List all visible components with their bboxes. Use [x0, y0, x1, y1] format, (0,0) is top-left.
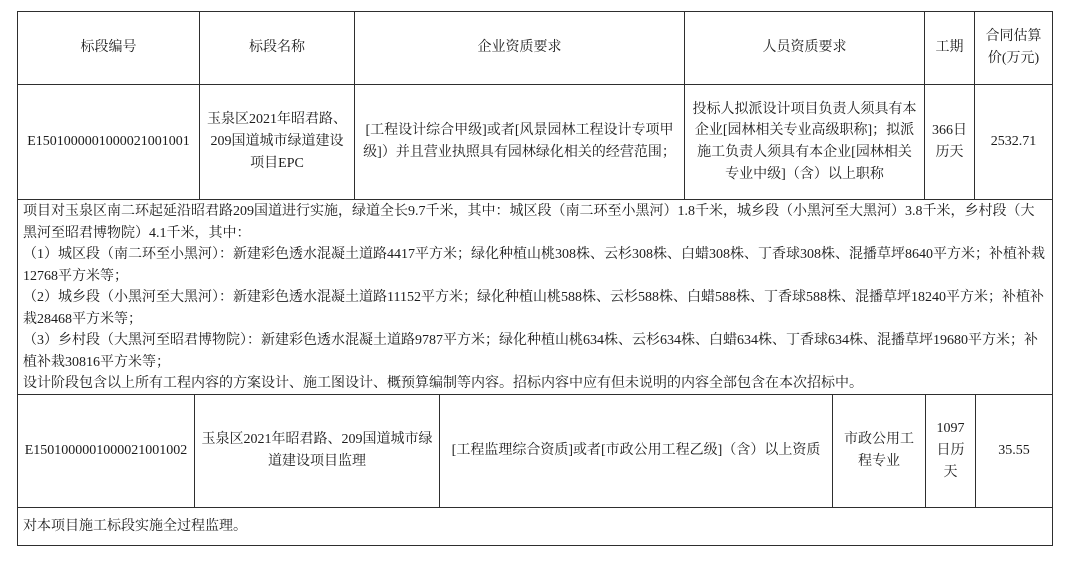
section-2-scope-row: 对本项目施工标段实施全过程监理。	[18, 508, 1052, 545]
tender-sections-table: 标段编号 标段名称 企业资质要求 人员资质要求 工期 合同估算价(万元) E15…	[17, 11, 1053, 546]
table-head-and-row-1: 标段编号 标段名称 企业资质要求 人员资质要求 工期 合同估算价(万元) E15…	[18, 12, 1052, 200]
scope-paragraph: （1）城区段（南二环至小黑河）：新建彩色透水混凝土道路4417平方米；绿化种植山…	[23, 244, 1047, 287]
column-header-duration: 工期	[925, 12, 975, 85]
section-1-no-cell: E1501000001000021001001	[18, 85, 200, 200]
section-2-contract-estimate-cell: 35.55	[976, 395, 1052, 508]
section-1-personnel-qualification-cell: 投标人拟派设计项目负责人须具有本企业[园林相关专业高级职称]；拟派施工负责人须具…	[685, 85, 925, 200]
section-2-name-cell: 玉泉区2021年昭君路、209国道城市绿道建设项目监理	[195, 395, 440, 508]
section-1-enterprise-qualification-cell: [工程设计综合甲级]或者[风景园林工程设计专项甲级]）并且营业执照具有园林绿化相…	[355, 85, 685, 200]
scope-paragraph: （2）城乡段（小黑河至大黑河）：新建彩色透水混凝土道路11152平方米；绿化种植…	[23, 287, 1047, 330]
section-2-no-cell: E1501000001000021001002	[18, 395, 195, 508]
section-1-contract-estimate-cell: 2532.71	[975, 85, 1052, 200]
scope-paragraph: 设计阶段包含以上所有工程内容的方案设计、施工图设计、概预算编制等内容。招标内容中…	[23, 373, 1047, 395]
section-1-name-cell: 玉泉区2021年昭君路、209国道城市绿道建设项目EPC	[200, 85, 355, 200]
column-header-enterprise-qualification: 企业资质要求	[355, 12, 685, 85]
supervision-note-text: 对本项目施工标段实施全过程监理。	[23, 516, 247, 537]
column-header-contract-estimate: 合同估算价(万元)	[975, 12, 1052, 85]
section-2-personnel-qualification-cell: 市政公用工程专业	[833, 395, 926, 508]
column-header-section-name: 标段名称	[200, 12, 355, 85]
column-header-personnel-qualification: 人员资质要求	[685, 12, 925, 85]
scope-paragraph: 项目对玉泉区南二环起延沿昭君路209国道进行实施，绿道全长9.7千米，其中：城区…	[23, 201, 1047, 244]
section-2-enterprise-qualification-cell: [工程监理综合资质]或者[市政公用工程乙级]（含）以上资质	[440, 395, 833, 508]
table-row-2: E1501000001000021001002 玉泉区2021年昭君路、209国…	[18, 395, 1052, 508]
column-header-section-no: 标段编号	[18, 12, 200, 85]
section-1-duration-cell: 366日历天	[925, 85, 975, 200]
scope-paragraph: （3）乡村段（大黑河至昭君博物院）：新建彩色透水混凝土道路9787平方米；绿化种…	[23, 330, 1047, 373]
section-2-duration-cell: 1097日历天	[926, 395, 976, 508]
section-1-scope-row: 项目对玉泉区南二环起延沿昭君路209国道进行实施，绿道全长9.7千米，其中：城区…	[18, 200, 1052, 395]
